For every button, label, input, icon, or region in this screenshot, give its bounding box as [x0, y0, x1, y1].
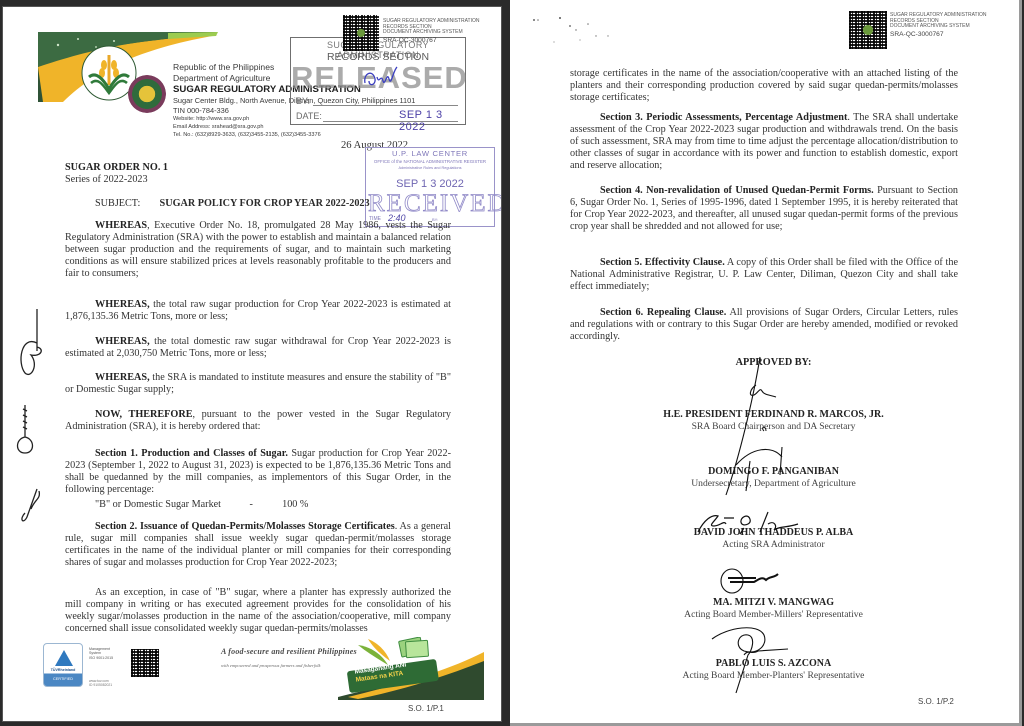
signatory-title: Acting Board Member-Millers' Representat…	[525, 609, 1022, 621]
paragraph: WHEREAS, the SRA is mandated to institut…	[65, 372, 451, 396]
released-stamp-by-label: BY:	[296, 96, 310, 106]
subject-value: SUGAR POLICY FOR CROP YEAR 2022-2023	[160, 198, 370, 209]
paragraph-lead: Section 5. Effectivity Clause.	[600, 257, 725, 268]
paragraph: Section 6. Repealing Clause. All provisi…	[570, 307, 958, 343]
paragraph-lead: WHEREAS,	[95, 336, 150, 347]
paragraph: NOW, THEREFORE, pursuant to the power ve…	[65, 409, 451, 433]
archive-qr-code	[343, 15, 379, 51]
paragraph-lead: WHEREAS,	[95, 372, 150, 383]
sugar-regulatory-administration-seal	[128, 75, 166, 113]
margin-initial-signature-2	[13, 403, 39, 455]
received-stamp-date: SEP 1 3 2022	[366, 178, 494, 190]
received-stamp: U.P. LAW CENTER OFFICE of the NATIONAL A…	[365, 147, 495, 227]
paragraph-text: As an exception, in case of "B" sugar, w…	[65, 587, 451, 634]
signature-azcona	[708, 625, 798, 695]
scan-speckles	[530, 12, 620, 52]
paragraph-lead: Section 3. Periodic Assessments, Percent…	[600, 112, 847, 123]
paragraph: Section 1. Production and Classes of Sug…	[65, 448, 451, 496]
archive-label: SUGAR REGULATORY ADMINISTRATION RECORDS …	[383, 19, 480, 46]
paragraph: WHEREAS, the total domestic raw sugar wi…	[65, 336, 451, 360]
document-page-2: SUGAR REGULATORY ADMINISTRATION RECORDS …	[510, 0, 1022, 726]
footer-qr-code	[131, 649, 159, 677]
paragraph: Section 4. Non-revalidation of Unused Qu…	[570, 185, 958, 233]
archive-qr-code	[849, 11, 887, 49]
order-title: SUGAR ORDER NO. 1	[65, 162, 168, 173]
subject-label: SUBJECT:	[95, 198, 157, 209]
footer-tagline: A food-secure and resilient Philippines …	[221, 647, 357, 668]
signature-panganiban	[732, 445, 802, 495]
page-number: S.O. 1/P.2	[918, 697, 954, 706]
archive-code: SRA-QC-3000767	[890, 30, 987, 40]
archive-code: SRA-QC-3000767	[383, 36, 480, 46]
document-page-1: Republic of the Philippines Department o…	[2, 6, 502, 722]
signature-alba	[694, 510, 804, 536]
paragraph-lead: Section 4. Non-revalidation of Unused Qu…	[600, 185, 874, 196]
page-number: S.O. 1/P.1	[408, 704, 444, 713]
allocation-row: "B" or Domestic Sugar Market - 100 %	[65, 499, 451, 511]
paragraph: Section 3. Periodic Assessments, Percent…	[570, 112, 958, 172]
paragraph: Section 5. Effectivity Clause. A copy of…	[570, 257, 958, 293]
paragraph-lead: Section 1. Production and Classes of Sug…	[95, 448, 288, 459]
letterhead-tel: Tel. No.: (632)8929-3633, (632)3455-2135…	[173, 131, 413, 139]
released-stamp-signature	[361, 65, 401, 93]
paragraph: Section 2. Issuance of Quedan-Permits/Mo…	[65, 521, 451, 569]
paragraph: WHEREAS, the total raw sugar production …	[65, 299, 451, 323]
tuv-triangle-icon	[55, 650, 73, 666]
paragraph: WHEREAS, Executive Order No. 18, promulg…	[65, 220, 451, 280]
paragraph-lead: WHEREAS	[95, 220, 147, 231]
paragraph: storage certificates in the name of the …	[570, 68, 958, 104]
iso-info: Management System ISO 9001:2015	[89, 647, 113, 660]
archive-label: SUGAR REGULATORY ADMINISTRATION RECORDS …	[890, 13, 987, 40]
signatory-name: MA. MITZI V. MANGWAG	[525, 597, 1022, 609]
received-stamp-status: RECEIVED	[368, 190, 492, 218]
signature-mangwag	[718, 566, 788, 596]
signatory-title: Acting SRA Administrator	[525, 539, 1022, 551]
margin-initial-signature-1	[11, 307, 49, 379]
paragraph-lead: Section 2. Issuance of Quedan-Permits/Mo…	[95, 521, 395, 532]
paragraph: As an exception, in case of "B" sugar, w…	[65, 587, 451, 635]
signatory-block: MA. MITZI V. MANGWAGActing Board Member-…	[510, 597, 1022, 621]
released-stamp-date-label: DATE:	[296, 111, 322, 121]
released-stamp-date: SEP 1 3 2022	[399, 109, 465, 133]
paragraph-lead: WHEREAS,	[95, 299, 150, 310]
tuv-certification-badge: TÜVRheinland CERTIFIED	[43, 643, 83, 687]
subject-line: SUBJECT: SUGAR POLICY FOR CROP YEAR 2022…	[95, 198, 370, 209]
margin-initial-signature-3	[17, 487, 43, 527]
paragraph-text: storage certificates in the name of the …	[570, 68, 958, 103]
paragraph-lead: Section 6. Repealing Clause.	[600, 307, 726, 318]
iso-web: www.tuv.com ID 9105082021	[89, 679, 112, 687]
order-series: Series of 2022-2023	[65, 174, 148, 185]
paragraph-lead: NOW, THEREFORE	[95, 409, 192, 420]
